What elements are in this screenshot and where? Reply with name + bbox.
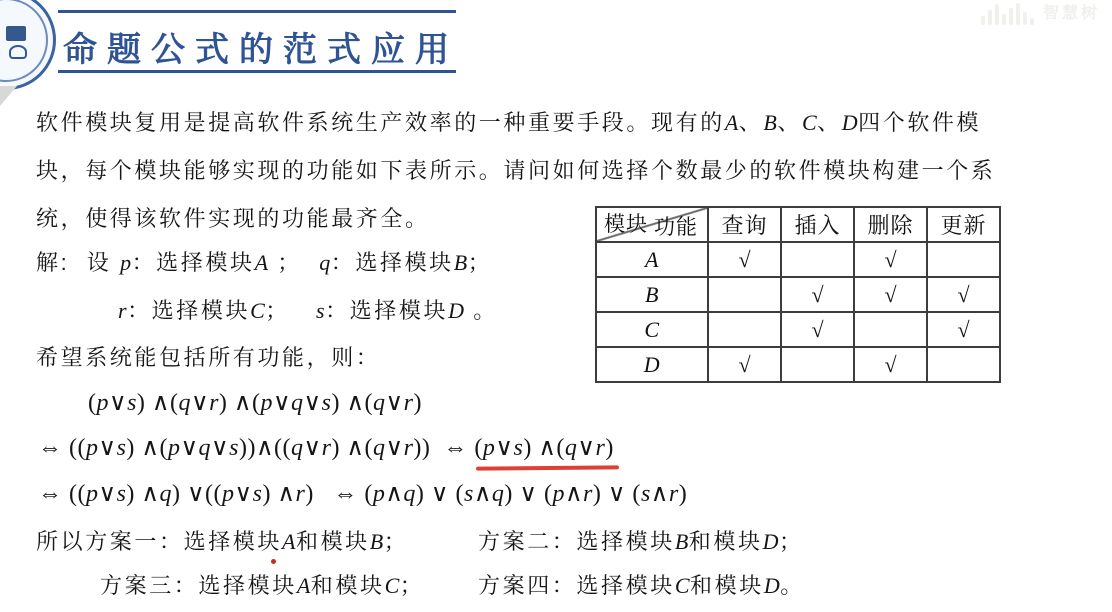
title-rule-top (58, 10, 456, 13)
module-function-table: 功能 模块 查询 插入 删除 更新 A√√B√√√C√√D√√ (595, 206, 1001, 383)
check-cell: √ (781, 312, 854, 347)
check-cell: √ (854, 242, 927, 277)
watermark: 智慧树 (980, 3, 1100, 25)
module-cell: C (596, 312, 708, 347)
watermark-equalizer-icon (980, 3, 1036, 25)
plan-3: 方案三：选择模块A和模块C； (100, 569, 424, 600)
solution-setup-line-1: 解: 设 p：选择模块A ； q：选择模块B； (36, 246, 492, 277)
solution-goal-line: 希望系统能包括所有功能，则： (36, 341, 380, 372)
problem-line-2: 块，每个模块能够实现的功能如下表所示。请问如何选择个数最少的软件模块构建一个系 (36, 154, 995, 185)
formula-step-1: ⇔ ((p∨s) ∧(p∨q∨s))∧((q∨r) ∧(q∨r)) ⇔ (p∨s… (38, 433, 614, 462)
corner-label-module: 模块 (604, 208, 648, 238)
table-row: C√√ (596, 312, 1000, 347)
formula-step-1-left: ⇔ ((p∨s) ∧(p∨q∨s))∧((q∨r) ∧(q∨r)) (38, 435, 430, 461)
empty-cell (927, 347, 1000, 382)
university-logo (0, 0, 64, 112)
check-cell: √ (708, 347, 781, 382)
module-cell: B (596, 277, 708, 312)
check-cell: √ (927, 312, 1000, 347)
empty-cell (781, 347, 854, 382)
plan-1: 所以方案一：选择模块A和模块B； (36, 525, 408, 556)
watermark-label: 智慧树 (1043, 3, 1100, 25)
module-cell: A (596, 242, 708, 277)
table-row: D√√ (596, 347, 1000, 382)
column-header-delete: 删除 (854, 207, 927, 242)
table-corner-cell: 功能 模块 (596, 207, 708, 242)
empty-cell (854, 312, 927, 347)
column-header-insert: 插入 (781, 207, 854, 242)
check-cell: √ (708, 242, 781, 277)
formula-step-2: ⇔ ((p∨s) ∧q) ∨((p∨s) ∧r) ⇔ (p∧q) ∨ (s∧q)… (38, 479, 687, 508)
lecture-slide: 命题公式的范式应用 智慧树 软件模块复用是提高软件系统生产效率的一种重要手段。现… (0, 0, 1112, 612)
empty-cell (927, 242, 1000, 277)
check-cell: √ (927, 277, 1000, 312)
formula-step-1-equiv: ⇔ (430, 435, 474, 461)
plan-2: 方案二：选择模块B和模块D； (478, 525, 804, 556)
module-cell: D (596, 347, 708, 382)
seal-emblem-icon (6, 26, 26, 41)
check-cell: √ (854, 277, 927, 312)
check-cell: √ (781, 277, 854, 312)
solution-setup-line-2: r：选择模块C； s：选择模块D 。 (118, 294, 498, 325)
empty-cell (708, 312, 781, 347)
page-title: 命题公式的范式应用 (63, 22, 459, 71)
table-row: A√√ (596, 242, 1000, 277)
logo-tail-triangle (0, 86, 17, 106)
formula-step-1-result-underlined: (p∨s) ∧(q∨r) (474, 433, 613, 462)
formula-given: (p∨s) ∧(q∨r) ∧(p∨q∨s) ∧(q∨r) (88, 388, 422, 417)
title-rule-bottom (58, 70, 456, 73)
seal-emblem-detail-icon (9, 45, 27, 59)
table-body: A√√B√√√C√√D√√ (596, 242, 1000, 382)
corner-label-function: 功能 (654, 211, 698, 241)
red-dot-annotation (271, 559, 276, 564)
problem-line-1: 软件模块复用是提高软件系统生产效率的一种重要手段。现有的A、B、C、D四个软件模 (36, 106, 981, 137)
empty-cell (781, 242, 854, 277)
plan-4: 方案四：选择模块C和模块D。 (478, 569, 805, 600)
table-row: B√√√ (596, 277, 1000, 312)
empty-cell (708, 277, 781, 312)
check-cell: √ (854, 347, 927, 382)
column-header-query: 查询 (708, 207, 781, 242)
column-header-update: 更新 (927, 207, 1000, 242)
problem-line-3: 统，使得该软件实现的功能最齐全。 (36, 202, 430, 233)
table-header-row: 功能 模块 查询 插入 删除 更新 (596, 207, 1000, 242)
